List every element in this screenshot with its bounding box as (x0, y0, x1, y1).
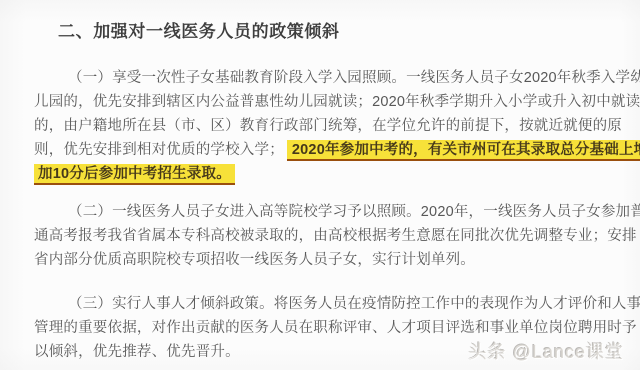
highlighted-text: 加10分后参加中考招生录取。 (34, 164, 235, 185)
section-heading: 二、加强对一线医务人员的政策倾斜 (58, 19, 340, 45)
text-line: 儿园的，优先安排到辖区内公益普惠性幼儿园就读；2020年秋季学期升入小学或升入初… (34, 90, 640, 114)
text-line: 通高考报考我省省属本专科高校被录取的，由高校根据考生意愿在同批次优先调整专业；安… (34, 224, 640, 248)
text-line: 加10分后参加中考招生录取。 (34, 162, 640, 186)
highlighted-text: 2020年参加中考的，有关市州可在其录取总分基础上增 (287, 140, 640, 161)
text-line: 则，优先安排到相对优质的学校入学；2020年参加中考的，有关市州可在其录取总分基… (34, 138, 640, 162)
text-segment: 则，优先安排到相对优质的学校入学； (34, 142, 284, 158)
paragraph-2: （二）一线医务人员子女进入高等院校学习予以照顾。2020年，一线医务人员子女参加… (34, 200, 640, 272)
text-line: （三）实行人事人才倾斜政策。将医务人员在疫情防控工作中的表现作为人才评价和人事 (34, 292, 640, 316)
text-line: 管理的重要依据，对作出贡献的医务人员在职称评审、人才项目评选和事业单位岗位聘用时… (34, 316, 640, 340)
text-line: 的，由户籍地所在县（市、区）教育行政部门统筹，在学位允许的前提下，按就近就便的原 (34, 114, 640, 138)
text-line: （二）一线医务人员子女进入高等院校学习予以照顾。2020年，一线医务人员子女参加… (34, 200, 640, 224)
text-line: （一）享受一次性子女基础教育阶段入学入园照顾。一线医务人员子女2020年秋季入学… (34, 66, 640, 90)
policy-document-page: 二、加强对一线医务人员的政策倾斜 （一）享受一次性子女基础教育阶段入学入园照顾。… (0, 0, 640, 370)
toutiao-watermark: 头条 @Lance课堂 (469, 338, 624, 364)
paragraph-1: （一）享受一次性子女基础教育阶段入学入园照顾。一线医务人员子女2020年秋季入学… (34, 66, 640, 186)
text-line: 省内部分优质高职院校专项招收一线医务人员子女，实行计划单列。 (34, 248, 640, 272)
